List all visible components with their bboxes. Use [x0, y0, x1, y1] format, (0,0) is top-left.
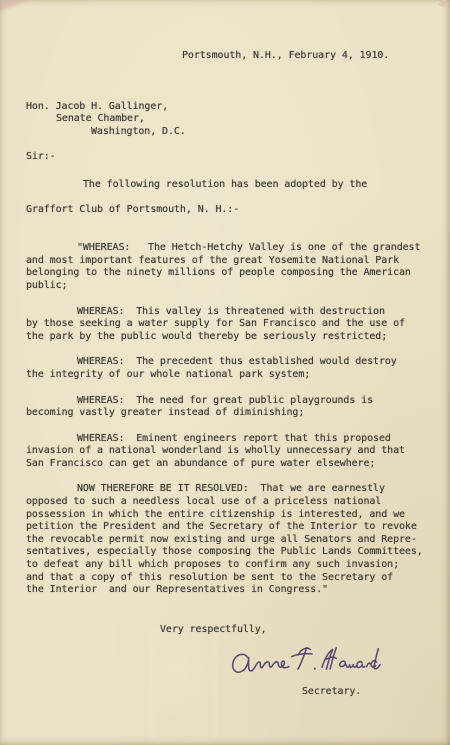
body-line: San Francisco can get an abundance of pu…	[26, 458, 442, 471]
body-line: and most important features of the great…	[26, 255, 442, 268]
body-line: the integrity of our whole national park…	[26, 369, 442, 382]
body-line: petition the President and the Secretary…	[26, 521, 442, 534]
body-line: invasion of a national wonderland is who…	[26, 445, 442, 458]
body-line: the revocable permit now existing and ur…	[26, 534, 442, 547]
recipient-block: Hon. Jacob H. Gallinger, Senate Chamber,…	[26, 101, 442, 139]
body-line: to defeat any bill which proposes to con…	[26, 559, 442, 572]
paragraph-whereas-1: "WHEREAS: The Hetch-Hetchy Valley is one…	[26, 242, 442, 292]
body-line: WHEREAS: The precedent thus established …	[26, 356, 442, 369]
recipient-line: Washington, D.C.	[91, 126, 442, 139]
body-line: NOW THEREFORE BE IT RESOLVED: That we ar…	[26, 483, 442, 496]
body-line: by those seeking a water supply for San …	[26, 318, 442, 331]
paragraph-whereas-5: WHEREAS: Eminent engineers report that t…	[26, 433, 442, 471]
body-line: the Interior and our Representatives in …	[26, 584, 442, 597]
body-line: "WHEREAS: The Hetch-Hetchy Valley is one…	[26, 242, 442, 255]
faint-stamp-mark	[0, 0, 40, 12]
body-line: public;	[26, 280, 442, 293]
salutation: Sir:-	[26, 151, 442, 164]
handwritten-signature	[229, 642, 381, 682]
body-line: and that a copy of this resolution be se…	[26, 572, 442, 585]
closing-line: Very respectfully,	[160, 624, 442, 637]
paragraph-whereas-2: WHEREAS: This valley is threatened with …	[26, 306, 442, 344]
dateline: Portsmouth, N.H., February 4, 1910.	[182, 50, 442, 63]
stamp-bleedthrough: Ref. to Committee Feb-8-1910	[435, 0, 450, 8]
body-line: becoming vastly greater instead of dimin…	[26, 407, 442, 420]
recipient-line: Senate Chamber,	[56, 113, 442, 126]
body-line: belonging to the ninety millions of peop…	[26, 267, 442, 280]
body-line: WHEREAS: The need for great public playg…	[26, 395, 442, 408]
scanned-letter-page: Ref. to Committee Feb-8-1910 Portsmouth,…	[0, 0, 450, 745]
signature-title: Secretary.	[302, 686, 442, 699]
paragraph-whereas-3: WHEREAS: The precedent thus established …	[26, 356, 442, 381]
body-line: the park by the public would thereby be …	[26, 331, 442, 344]
intro-line: The following resolution has been adopte…	[26, 179, 442, 192]
intro-line: Graffort Club of Portsmouth, N. H.:-	[26, 204, 442, 217]
body-line: sentatives, especially those composing t…	[26, 546, 442, 559]
body-line: WHEREAS: Eminent engineers report that t…	[26, 433, 442, 446]
signature-row	[26, 636, 442, 684]
recipient-line: Hon. Jacob H. Gallinger,	[26, 101, 442, 114]
body-line: possession in which the entire citizensh…	[26, 509, 442, 522]
paragraph-resolved: NOW THEREFORE BE IT RESOLVED: That we ar…	[26, 483, 442, 596]
letter-body: Portsmouth, N.H., February 4, 1910. Hon.…	[26, 50, 442, 699]
body-line: opposed to such a needless local use of …	[26, 496, 442, 509]
body-line: WHEREAS: This valley is threatened with …	[26, 306, 442, 319]
paragraph-whereas-4: WHEREAS: The need for great public playg…	[26, 395, 442, 420]
